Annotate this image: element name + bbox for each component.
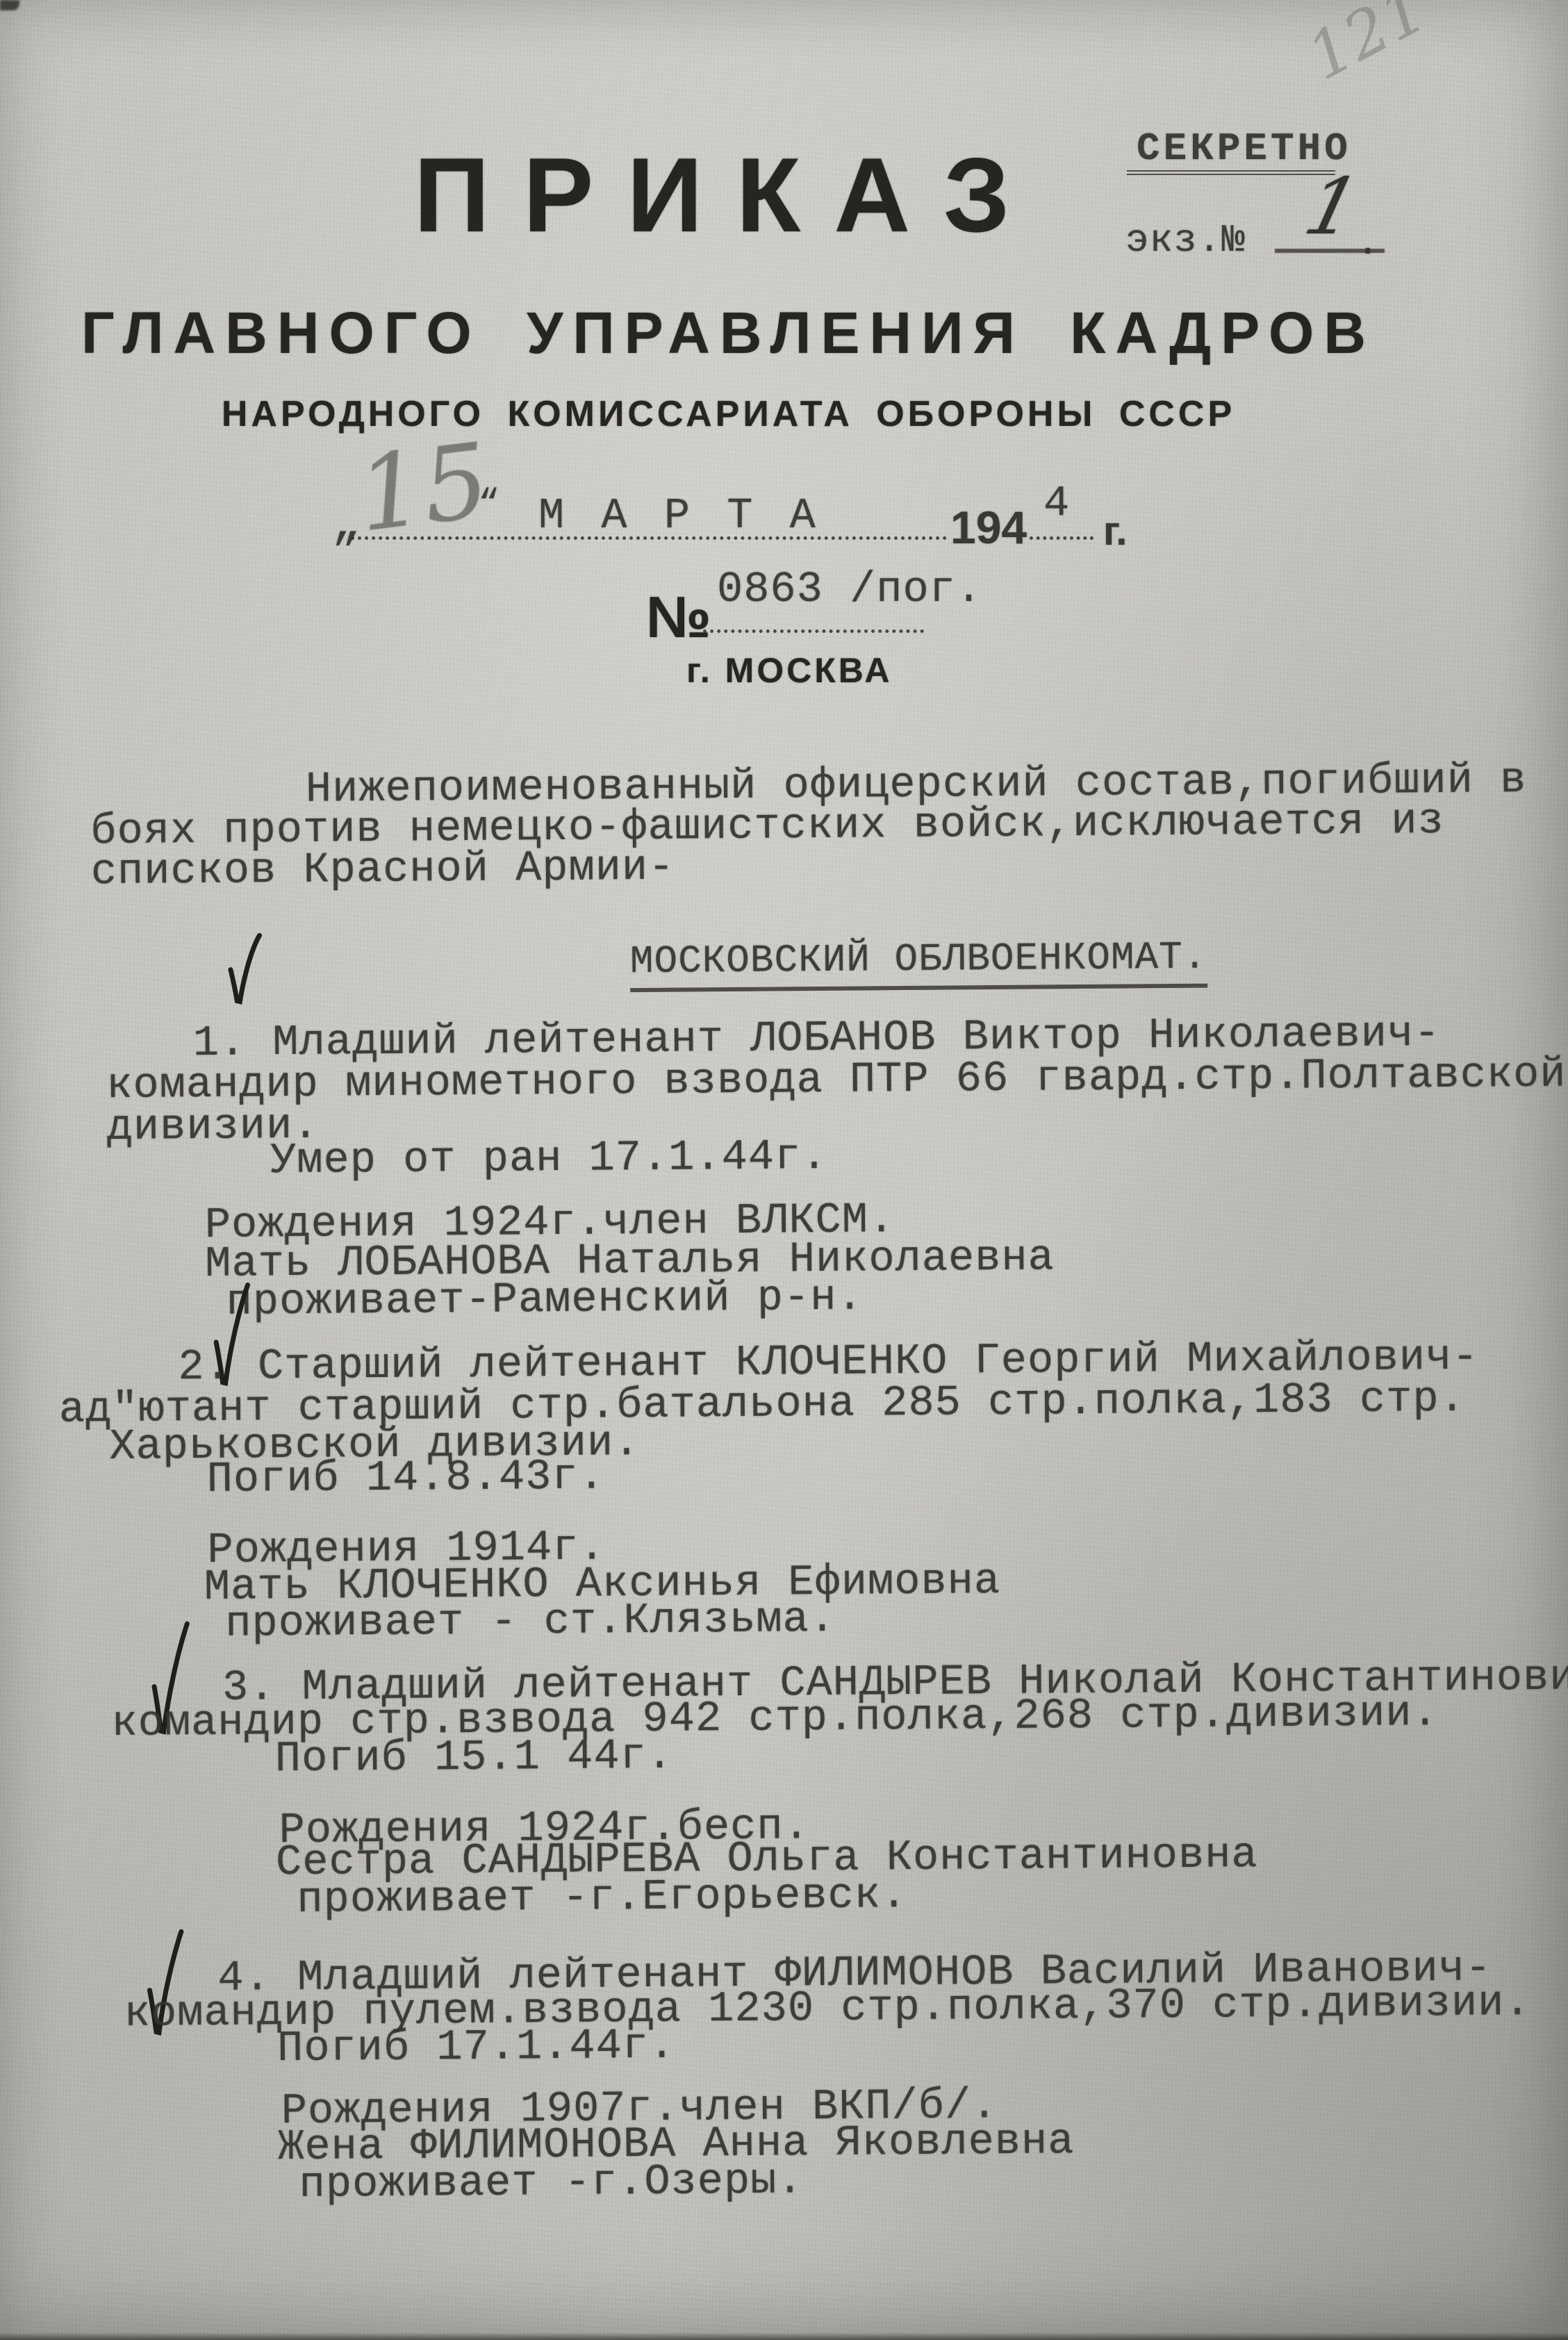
entry-3-line: Погиб 15.1 44г. xyxy=(275,1735,674,1781)
section-heading: МОСКОВСКИЙ ОБЛВОЕНКОМАТ. xyxy=(630,938,1207,993)
entry-4-line: проживает -г.Озеры. xyxy=(299,2159,803,2207)
typed-body: Нижепоименованный офицерский состав,поги… xyxy=(0,0,1568,2340)
scanned-document-page: 121 СЕКРЕТНО экз.№ 1 . ПРИКАЗ ГЛАВНОГО У… xyxy=(0,0,1568,2340)
entry-1-line: проживает-Раменский р-н. xyxy=(226,1276,863,1324)
entry-3-line: проживает -г.Егорьевск. xyxy=(297,1874,907,1922)
checkmark-icon xyxy=(225,931,264,1006)
entry-4-line: Погиб 17.1.44г. xyxy=(277,2025,676,2070)
entry-1-line: Умер от ран 17.1.44г. xyxy=(270,1135,828,1183)
entry-2-line: Погиб 14.8.43г. xyxy=(206,1455,605,1501)
entry-2-line: проживает - ст.Клязьма. xyxy=(225,1598,836,1646)
preamble-line: списков Красной Армии- xyxy=(91,846,675,894)
entry-1-line: командир минометного взвода ПТР 66 гвард… xyxy=(106,1053,1567,1108)
